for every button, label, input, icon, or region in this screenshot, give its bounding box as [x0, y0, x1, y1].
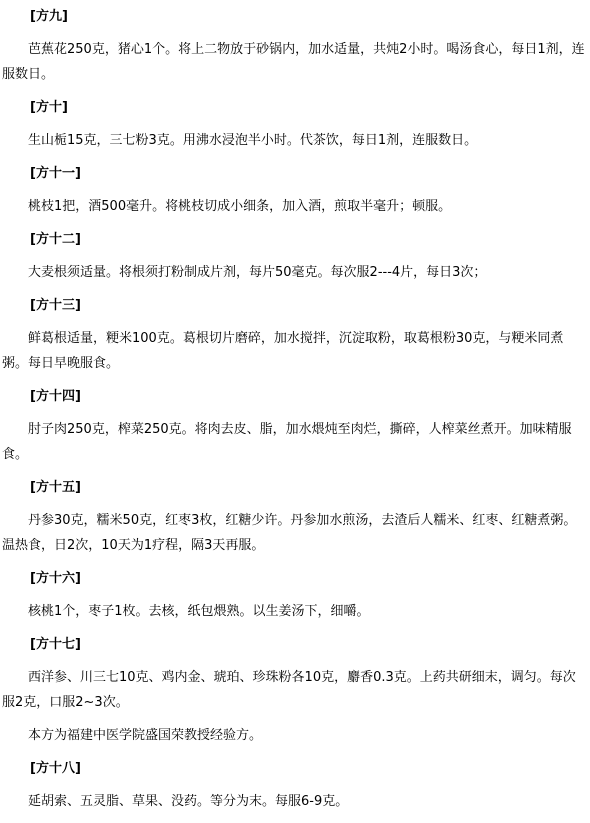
- section-paragraph: 鲜葛根适量，粳米100克。葛根切片磨碎，加水搅拌，沉淀取粉，取葛根粉30克，与粳…: [2, 326, 588, 376]
- section-heading: [方十五]: [30, 475, 588, 508]
- document-page: [方九] 芭蕉花250克，猪心1个。将上二物放于砂锅内，加水适量，共炖2小时。喝…: [0, 0, 590, 814]
- section-fang-11: [方十一] 桃枝1把，酒500毫升。将桃枝切成小细条，加入酒，煎取半毫升；顿服。: [2, 161, 588, 219]
- section-heading: [方十三]: [30, 293, 588, 326]
- section-heading: [方十六]: [30, 566, 588, 599]
- section-heading: [方十]: [30, 95, 588, 128]
- section-note: 本方为福建中医学院盛国荣教授经验方。: [2, 723, 588, 748]
- section-heading: [方十七]: [30, 632, 588, 665]
- section-paragraph: 延胡索、五灵脂、草果、没药。等分为末。每服6-9克。: [2, 789, 588, 814]
- section-paragraph: 核桃1个，枣子1枚。去核，纸包煨熟。以生姜汤下，细嚼。: [2, 599, 588, 624]
- section-paragraph: 肘子肉250克，榨菜250克。将肉去皮、脂，加水煨炖至肉烂，撕碎，人榨菜丝煮开。…: [2, 417, 588, 467]
- section-fang-13: [方十三] 鲜葛根适量，粳米100克。葛根切片磨碎，加水搅拌，沉淀取粉，取葛根粉…: [2, 293, 588, 376]
- section-paragraph: 桃枝1把，酒500毫升。将桃枝切成小细条，加入酒，煎取半毫升；顿服。: [2, 194, 588, 219]
- section-paragraph: 生山栀15克，三七粉3克。用沸水浸泡半小时。代茶饮，每日1剂，连服数日。: [2, 128, 588, 153]
- section-fang-14: [方十四] 肘子肉250克，榨菜250克。将肉去皮、脂，加水煨炖至肉烂，撕碎，人…: [2, 384, 588, 467]
- section-heading: [方十八]: [30, 756, 588, 789]
- section-heading: [方十二]: [30, 227, 588, 260]
- section-fang-10: [方十] 生山栀15克，三七粉3克。用沸水浸泡半小时。代茶饮，每日1剂，连服数日…: [2, 95, 588, 153]
- section-fang-18: [方十八] 延胡索、五灵脂、草果、没药。等分为末。每服6-9克。: [2, 756, 588, 814]
- section-fang-9: [方九] 芭蕉花250克，猪心1个。将上二物放于砂锅内，加水适量，共炖2小时。喝…: [2, 4, 588, 87]
- section-heading: [方九]: [30, 4, 588, 37]
- section-heading: [方十一]: [30, 161, 588, 194]
- section-paragraph: 西洋参、川三七10克、鸡内金、琥珀、珍珠粉各10克，麝香0.3克。上药共研细末，…: [2, 665, 588, 715]
- section-fang-17: [方十七] 西洋参、川三七10克、鸡内金、琥珀、珍珠粉各10克，麝香0.3克。上…: [2, 632, 588, 748]
- section-paragraph: 大麦根须适量。将根须打粉制成片剂，每片50毫克。每次服2---4片，每日3次；: [2, 260, 588, 285]
- section-fang-12: [方十二] 大麦根须适量。将根须打粉制成片剂，每片50毫克。每次服2---4片，…: [2, 227, 588, 285]
- section-fang-16: [方十六] 核桃1个，枣子1枚。去核，纸包煨熟。以生姜汤下，细嚼。: [2, 566, 588, 624]
- section-fang-15: [方十五] 丹参30克，糯米50克，红枣3枚，红糖少许。丹参加水煎汤，去渣后人糯…: [2, 475, 588, 558]
- section-paragraph: 芭蕉花250克，猪心1个。将上二物放于砂锅内，加水适量，共炖2小时。喝汤食心，每…: [2, 37, 588, 87]
- section-paragraph: 丹参30克，糯米50克，红枣3枚，红糖少许。丹参加水煎汤，去渣后人糯米、红枣、红…: [2, 508, 588, 558]
- section-heading: [方十四]: [30, 384, 588, 417]
